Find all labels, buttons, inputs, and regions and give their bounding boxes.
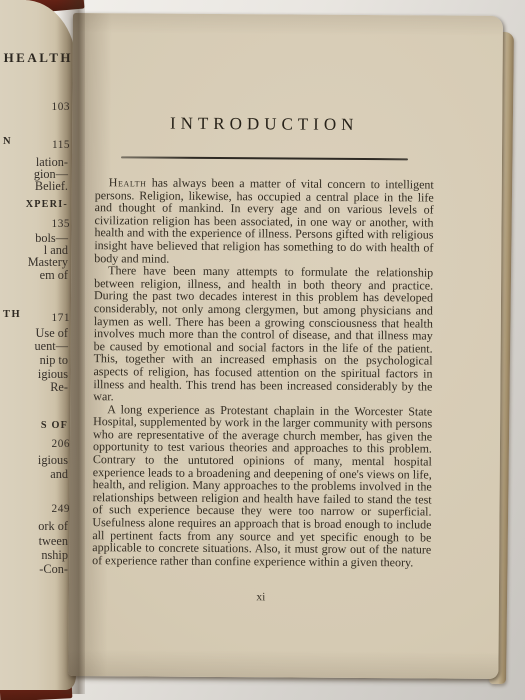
paragraph: Health has always been a matter of vital… [94,176,434,267]
lead-word: Health [109,175,147,189]
toc-fragment: xperi- [26,199,68,210]
toc-fragment: 115 [52,139,70,151]
body-text: Health has always been a matter of vital… [92,176,434,569]
paragraph: There have been many attempts to formula… [93,264,433,405]
right-page: INTRODUCTION Health has always been a ma… [68,13,503,679]
toc-fragment: N [3,136,12,147]
book-photo: HEALTH103N115lation-gion—Belief.xperi-13… [0,0,525,700]
toc-fragment: 135 [52,218,70,230]
toc-fragment: tween [39,534,68,549]
toc-fragment: s of [41,420,68,431]
toc-fragment: igious [38,453,68,468]
toc-fragment: TH [3,309,21,320]
page-number: xi [91,590,431,604]
chapter-title: INTRODUCTION [94,113,434,135]
toc-fragment: HEALTH [4,50,73,66]
paragraph: A long experience as Protestant chaplain… [92,403,432,569]
left-page-fragments: HEALTH103N115lation-gion—Belief.xperi-13… [0,0,76,690]
toc-fragment: -Con- [39,562,68,577]
toc-fragment: 171 [52,312,70,324]
toc-fragment: Re- [50,380,68,395]
toc-fragment: 249 [52,503,70,515]
toc-fragment: nip to [40,353,68,368]
toc-fragment: em of [40,268,68,283]
toc-fragment: ork of [38,519,68,534]
title-rule [121,156,408,160]
toc-fragment: uent— [35,339,68,354]
toc-fragment: Belief. [35,179,68,194]
toc-fragment: nship [41,548,68,563]
toc-fragment: 206 [52,438,70,450]
toc-fragment: and [50,467,68,482]
toc-fragment: 103 [52,101,70,113]
